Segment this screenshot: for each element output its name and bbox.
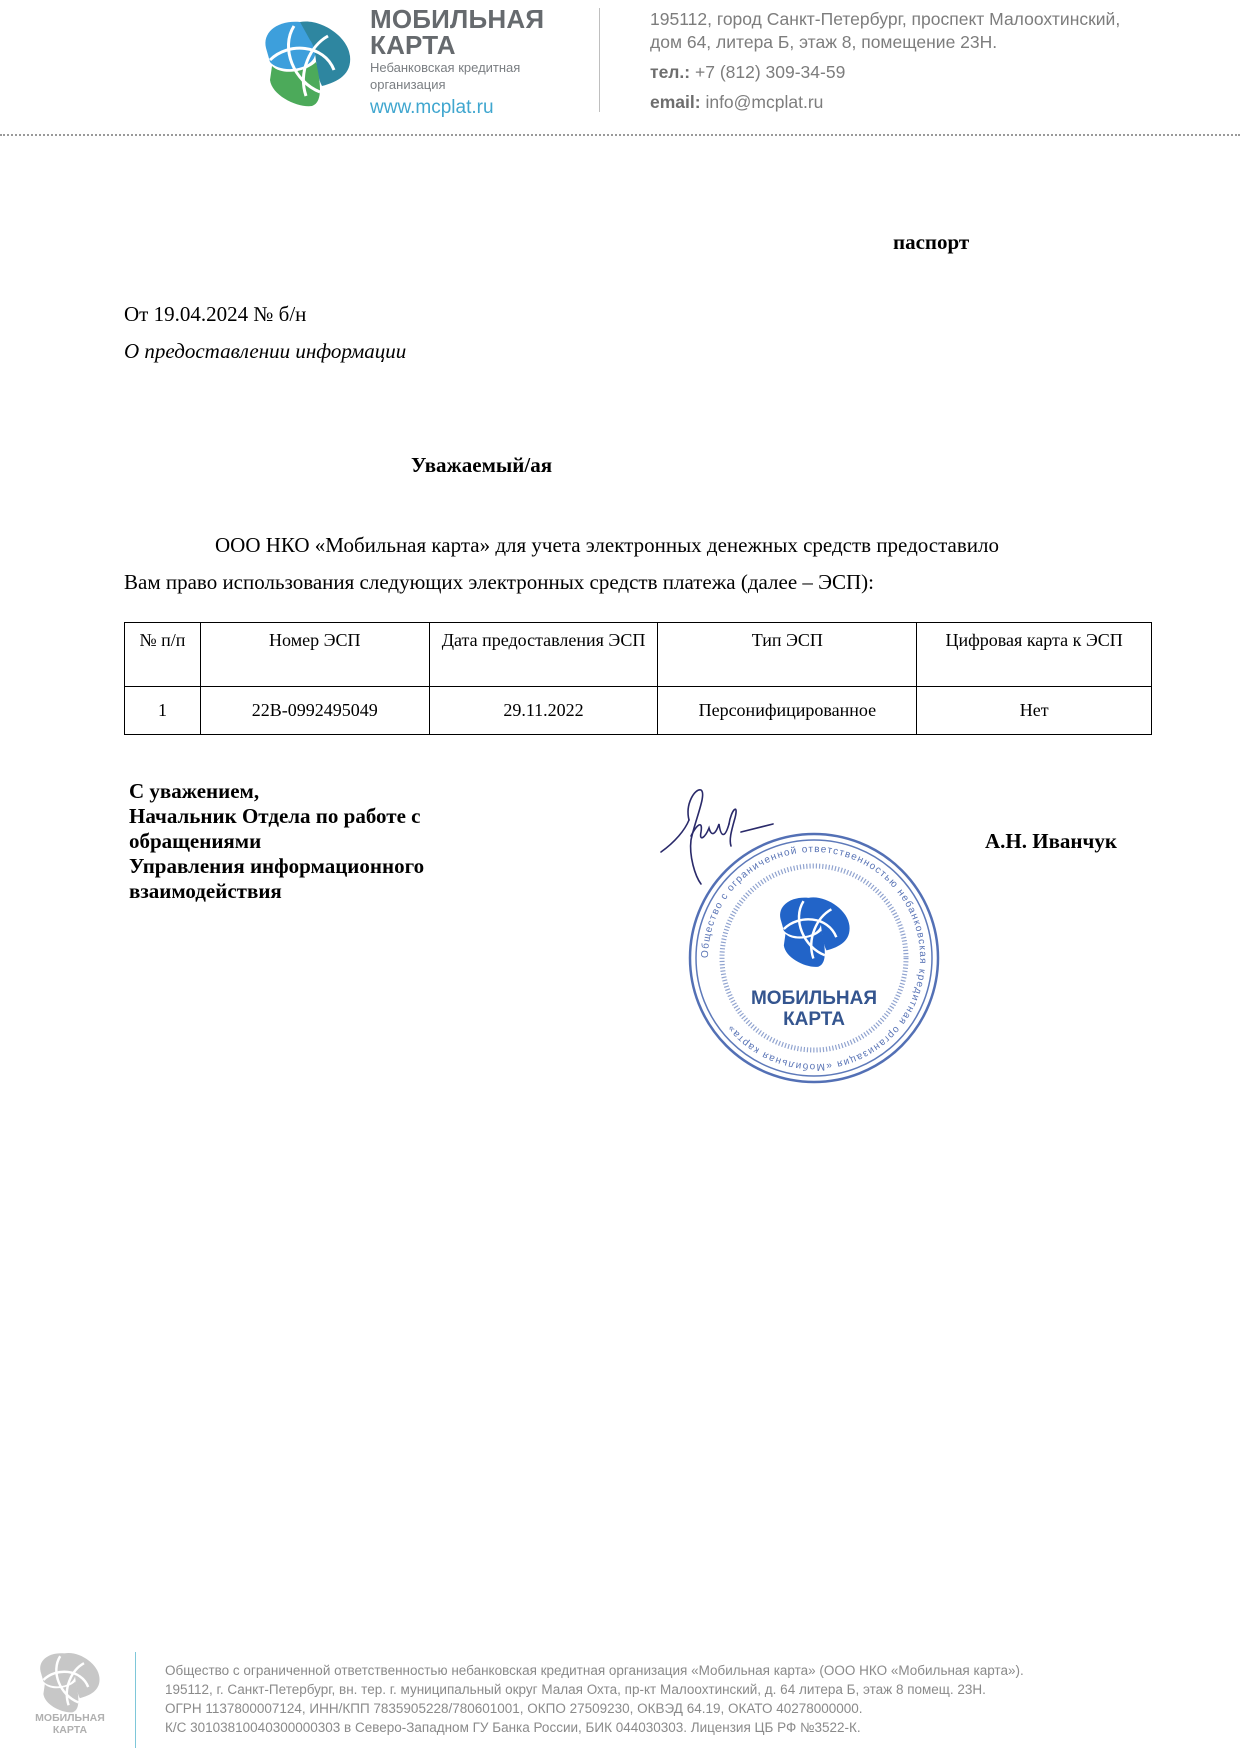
handwritten-signature-icon — [655, 780, 785, 890]
cell-issue-date: 29.11.2022 — [429, 687, 658, 735]
header-divider — [599, 8, 600, 112]
position-line1: Начальник Отдела по работе с — [129, 804, 424, 829]
footer-divider — [135, 1652, 136, 1748]
body-paragraph: ООО НКО «Мобильная карта» для учета элек… — [124, 527, 1154, 601]
phone-line: тел.: +7 (812) 309-34-59 — [650, 61, 1120, 84]
phone-value: +7 (812) 309-34-59 — [695, 62, 845, 82]
paragraph-line1: ООО НКО «Мобильная карта» для учета элек… — [124, 527, 1154, 564]
brand-name-line1: МОБИЛЬНАЯ — [370, 6, 544, 32]
company-brand: МОБИЛЬНАЯ КАРТА Небанковская кредитная о… — [370, 6, 544, 119]
brand-subtitle-line1: Небанковская кредитная — [370, 61, 544, 75]
signer-name: А.Н. Иванчук — [985, 829, 1117, 854]
footer-line2: 195112, г. Санкт-Петербург, вн. тер. г. … — [165, 1680, 1024, 1699]
position-line2: обращениями — [129, 829, 424, 854]
header-contacts: 195112, город Санкт-Петербург, проспект … — [650, 8, 1120, 114]
footer-line1: Общество с ограниченной ответственностью… — [165, 1661, 1024, 1680]
footer-logo-icon — [30, 1645, 110, 1715]
footer-brand: МОБИЛЬНАЯ КАРТА — [20, 1712, 120, 1736]
cell-digital-card: Нет — [917, 687, 1152, 735]
footer-line4: К/С 30103810040300000303 в Северо-Западн… — [165, 1718, 1024, 1737]
website-link[interactable]: www.mcplat.ru — [370, 97, 544, 119]
email-label: email: — [650, 92, 701, 112]
cell-esp-number: 22B-0992495049 — [200, 687, 429, 735]
letter-date-number: От 19.04.2024 № б/н — [124, 302, 306, 327]
position-line3: Управления информационного — [129, 854, 424, 879]
email-value[interactable]: info@mcplat.ru — [705, 92, 823, 112]
col-header-esp-number: Номер ЭСП — [200, 623, 429, 687]
signer-position: С уважением, Начальник Отдела по работе … — [129, 779, 424, 904]
closing-phrase: С уважением, — [129, 779, 424, 804]
recipient: паспорт — [893, 230, 969, 255]
stamp-text-line2: КАРТА — [783, 1009, 845, 1030]
table-row: 1 22B-0992495049 29.11.2022 Персонифицир… — [125, 687, 1152, 735]
footer-company-details: Общество с ограниченной ответственностью… — [165, 1661, 1024, 1737]
col-header-digital-card: Цифровая карта к ЭСП — [917, 623, 1152, 687]
greeting: Уважаемый/ая — [411, 453, 552, 478]
address-line1: 195112, город Санкт-Петербург, проспект … — [650, 8, 1120, 31]
header-dotted-separator — [0, 134, 1240, 136]
cell-number: 1 — [125, 687, 201, 735]
brand-subtitle-line2: организация — [370, 78, 544, 92]
position-line4: взаимодействия — [129, 879, 424, 904]
cell-esp-type: Персонифицированное — [658, 687, 917, 735]
email-line: email: info@mcplat.ru — [650, 91, 1120, 114]
brand-name-line2: КАРТА — [370, 32, 544, 58]
esp-table: № п/п Номер ЭСП Дата предоставления ЭСП … — [124, 622, 1152, 735]
footer-line3: ОГРН 1137800007124, ИНН/КПП 7835905228/7… — [165, 1699, 1024, 1718]
footer-brand-line2: КАРТА — [20, 1724, 120, 1736]
col-header-number: № п/п — [125, 623, 201, 687]
company-logo-icon — [258, 10, 358, 110]
table-header-row: № п/п Номер ЭСП Дата предоставления ЭСП … — [125, 623, 1152, 687]
address-line2: дом 64, литера Б, этаж 8, помещение 23Н. — [650, 31, 1120, 54]
phone-label: тел.: — [650, 62, 690, 82]
col-header-esp-type: Тип ЭСП — [658, 623, 917, 687]
footer-brand-line1: МОБИЛЬНАЯ — [20, 1712, 120, 1724]
col-header-issue-date: Дата предоставления ЭСП — [429, 623, 658, 687]
stamp-text-line1: МОБИЛЬНАЯ — [751, 988, 877, 1009]
paragraph-line2: Вам право использования следующих электр… — [124, 564, 1154, 601]
letter-subject: О предоставлении информации — [124, 339, 406, 364]
